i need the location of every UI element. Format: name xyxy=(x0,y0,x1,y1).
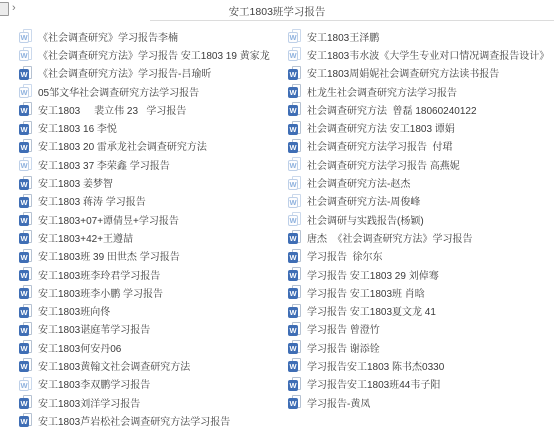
word-w-glyph: W xyxy=(288,361,298,372)
file-item[interactable]: W社会调查研究方法学习报告 付珺 xyxy=(288,137,549,155)
header-divider xyxy=(150,20,554,21)
file-item[interactable]: W安工1803王泽鹏 xyxy=(288,27,549,45)
word-w-glyph: W xyxy=(288,197,298,208)
word-doc-icon: W xyxy=(288,340,302,354)
page-title: 安工1803班学习报告 xyxy=(0,4,554,19)
file-item[interactable]: W《社会调查研究方法》学习报告 安工1803 19 黄家龙 xyxy=(19,45,270,63)
file-item[interactable]: W学习报告-黄凤 xyxy=(288,393,549,411)
word-w-glyph: W xyxy=(288,252,298,263)
file-name: 《社会调查研究》学习报告李楠 xyxy=(38,29,178,44)
word-w-glyph: W xyxy=(19,105,29,116)
file-list-window: { "header": { "title": "安工1803班学习报告", "b… xyxy=(0,0,554,432)
file-list-right: W安工1803王泽鹏W安工1803韦水波《大学生专业对口情况调查报告设计》W安工… xyxy=(288,27,549,411)
file-name: 安工1803芦岩松社会调查研究方法学习报告 xyxy=(38,413,230,428)
word-w-glyph: W xyxy=(288,325,298,336)
file-name: 安工1803 20 雷承龙社会调查研究方法 xyxy=(38,138,207,153)
file-name: 学习报告 曾澄竹 xyxy=(307,321,380,336)
file-item[interactable]: W安工1803班李小鹏 学习报告 xyxy=(19,283,270,301)
file-item[interactable]: W《社会调查研究》学习报告李楠 xyxy=(19,27,270,45)
word-doc-icon: W xyxy=(288,322,302,336)
word-w-glyph: W xyxy=(288,307,298,318)
word-w-glyph: W xyxy=(19,215,29,226)
word-w-glyph: W xyxy=(288,179,298,190)
word-doc-icon: W xyxy=(288,121,302,135)
word-w-glyph: W xyxy=(19,361,29,372)
word-doc-icon: W xyxy=(19,47,33,61)
word-doc-icon: W xyxy=(19,84,33,98)
word-doc-icon: W xyxy=(288,285,302,299)
word-doc-icon: W xyxy=(19,322,33,336)
word-doc-icon: W xyxy=(288,176,302,190)
file-name: 安工1803周娟妮社会调查研究方法读书报告 xyxy=(307,65,499,80)
word-doc-icon: W xyxy=(19,304,33,318)
word-w-glyph: W xyxy=(19,87,29,98)
word-doc-icon: W xyxy=(288,29,302,43)
file-item[interactable]: W唐杰 《社会调查研究方法》学习报告 xyxy=(288,228,549,246)
word-w-glyph: W xyxy=(288,233,298,244)
file-item[interactable]: W学习报告 徐尔东 xyxy=(288,247,549,265)
word-doc-icon: W xyxy=(19,358,33,372)
file-name: 《社会调查研究方法》学习报告 安工1803 19 黄家龙 xyxy=(38,47,270,62)
word-doc-icon: W xyxy=(288,230,302,244)
word-doc-icon: W xyxy=(19,395,33,409)
file-item[interactable]: W安工1803何安丹06 xyxy=(19,338,270,356)
file-name: 社会调查研究方法学习报告 付珺 xyxy=(307,138,453,153)
file-name: 安工1803班向佟 xyxy=(38,303,110,318)
word-w-glyph: W xyxy=(288,215,298,226)
word-w-glyph: W xyxy=(19,142,29,153)
file-name: 学习报告 徐尔东 xyxy=(307,248,383,263)
file-name: 05邹文华社会调查研究方法学习报告 xyxy=(38,84,199,99)
file-name: 安工1803班李玲君学习报告 xyxy=(38,267,160,282)
word-doc-icon: W xyxy=(19,176,33,190)
word-doc-icon: W xyxy=(288,139,302,153)
file-name: 社会调查研究方法 安工1803 谭娟 xyxy=(307,120,455,135)
file-name: 安工1803黄翰文社会调查研究方法 xyxy=(38,358,190,373)
word-doc-icon: W xyxy=(288,304,302,318)
word-w-glyph: W xyxy=(19,398,29,409)
file-name: 学习报告 谢添铨 xyxy=(307,340,380,355)
word-doc-icon: W xyxy=(288,47,302,61)
file-name: 社会调查研究方法-周俊峰 xyxy=(307,193,420,208)
file-item[interactable]: W学习报告安工1803 陈书杰0330 xyxy=(288,356,549,374)
word-doc-icon: W xyxy=(19,194,33,208)
word-w-glyph: W xyxy=(19,124,29,135)
word-doc-icon: W xyxy=(288,66,302,80)
file-name: 社会调查研究方法-赵杰 xyxy=(307,175,410,190)
file-item[interactable]: W社会调查研究方法学习报告 高燕妮 xyxy=(288,155,549,173)
word-doc-icon: W xyxy=(288,395,302,409)
file-item[interactable]: W安工1803 16 李悦 xyxy=(19,118,270,136)
file-item[interactable]: W学习报告 安工1803 29 刘倬骞 xyxy=(288,265,549,283)
file-item[interactable]: W安工1803李双鹏学习报告 xyxy=(19,375,270,393)
file-name: 安工1803 37 李荣鑫 学习报告 xyxy=(38,157,170,172)
word-w-glyph: W xyxy=(288,32,298,43)
file-item[interactable]: W安工1803+42+王遵喆 xyxy=(19,228,270,246)
word-w-glyph: W xyxy=(288,160,298,171)
file-name: 安工1803王泽鹏 xyxy=(307,29,379,44)
file-item[interactable]: W安工1803 20 雷承龙社会调查研究方法 xyxy=(19,137,270,155)
file-item[interactable]: W安工1803班李玲君学习报告 xyxy=(19,265,270,283)
file-item[interactable]: W安工1803班向佟 xyxy=(19,301,270,319)
file-name: 安工1803韦水波《大学生专业对口情况调查报告设计》 xyxy=(307,47,549,62)
file-item[interactable]: W学习报告 曾澄竹 xyxy=(288,320,549,338)
file-name: 学习报告安工1803班44韦子阳 xyxy=(307,376,440,391)
file-item[interactable]: W安工1803+07+谭倩昱+学习报告 xyxy=(19,210,270,228)
word-w-glyph: W xyxy=(288,142,298,153)
word-doc-icon: W xyxy=(19,121,33,135)
file-name: 安工1803 16 李悦 xyxy=(38,120,117,135)
file-name: 安工1803刘洋学习报告 xyxy=(38,395,140,410)
word-doc-icon: W xyxy=(19,29,33,43)
file-item[interactable]: W杜龙生社会调查研究方法学习报告 xyxy=(288,82,549,100)
word-w-glyph: W xyxy=(288,124,298,135)
word-doc-icon: W xyxy=(19,66,33,80)
file-item[interactable]: W安工1803韦水波《大学生专业对口情况调查报告设计》 xyxy=(288,45,549,63)
file-item[interactable]: W安工1803刘洋学习报告 xyxy=(19,393,270,411)
word-doc-icon: W xyxy=(288,212,302,226)
file-name: 学习报告 安工1803班 肖晗 xyxy=(307,285,425,300)
word-w-glyph: W xyxy=(288,398,298,409)
file-name: 安工1803李双鹏学习报告 xyxy=(38,376,150,391)
file-name: 安工1803班李小鹏 学习报告 xyxy=(38,285,163,300)
word-doc-icon: W xyxy=(19,377,33,391)
file-item[interactable]: W安工1803 37 李荣鑫 学习报告 xyxy=(19,155,270,173)
file-name: 安工1803 蒋涛 学习报告 xyxy=(38,193,146,208)
file-name: 安工1803+42+王遵喆 xyxy=(38,230,133,245)
word-w-glyph: W xyxy=(19,325,29,336)
file-item[interactable]: W社会调研与实践报告(杨颖) xyxy=(288,210,549,228)
word-doc-icon: W xyxy=(19,212,33,226)
word-w-glyph: W xyxy=(19,69,29,80)
file-name: 安工1803班 39 田世杰 学习报告 xyxy=(38,248,180,263)
file-name: 安工1803+07+谭倩昱+学习报告 xyxy=(38,212,179,227)
file-name: 安工1803 姜梦智 xyxy=(38,175,113,190)
file-name: 杜龙生社会调查研究方法学习报告 xyxy=(307,84,457,99)
word-doc-icon: W xyxy=(288,157,302,171)
word-doc-icon: W xyxy=(19,340,33,354)
file-item[interactable]: W安工1803黄翰文社会调查研究方法 xyxy=(19,356,270,374)
file-name: 学习报告-黄凤 xyxy=(307,395,370,410)
word-doc-icon: W xyxy=(288,102,302,116)
word-w-glyph: W xyxy=(19,343,29,354)
word-w-glyph: W xyxy=(19,179,29,190)
file-name: 学习报告 安工1803夏文龙 41 xyxy=(307,303,436,318)
file-item[interactable]: W社会调查研究方法 安工1803 谭娟 xyxy=(288,118,549,136)
word-w-glyph: W xyxy=(288,69,298,80)
file-list-left: W《社会调查研究》学习报告李楠W《社会调查研究方法》学习报告 安工1803 19… xyxy=(19,27,270,430)
word-w-glyph: W xyxy=(19,160,29,171)
file-name: 社会调查研究方法 曾磊 18060240122 xyxy=(307,102,477,117)
word-doc-icon: W xyxy=(19,139,33,153)
word-doc-icon: W xyxy=(288,249,302,263)
file-item[interactable]: W安工1803 姜梦智 xyxy=(19,173,270,191)
word-doc-icon: W xyxy=(288,358,302,372)
file-item[interactable]: W社会调查研究方法 曾磊 18060240122 xyxy=(288,100,549,118)
file-item[interactable]: W学习报告安工1803班44韦子阳 xyxy=(288,375,549,393)
word-w-glyph: W xyxy=(288,50,298,61)
word-doc-icon: W xyxy=(288,267,302,281)
file-name: 学习报告安工1803 陈书杰0330 xyxy=(307,358,444,373)
file-item[interactable]: W学习报告 安工1803班 肖晗 xyxy=(288,283,549,301)
file-item[interactable]: W安工1803谌庭苇学习报告 xyxy=(19,320,270,338)
file-item[interactable]: W安工1803 蒋涛 学习报告 xyxy=(19,192,270,210)
file-name: 安工1803何安丹06 xyxy=(38,340,121,355)
word-doc-icon: W xyxy=(19,285,33,299)
file-item[interactable]: W社会调查研究方法-周俊峰 xyxy=(288,192,549,210)
file-name: 安工1803谌庭苇学习报告 xyxy=(38,321,150,336)
word-w-glyph: W xyxy=(288,343,298,354)
file-item[interactable]: W学习报告 安工1803夏文龙 41 xyxy=(288,301,549,319)
word-w-glyph: W xyxy=(288,87,298,98)
file-item[interactable]: W安工1803班 39 田世杰 学习报告 xyxy=(19,247,270,265)
file-name: 社会调查研究方法学习报告 高燕妮 xyxy=(307,157,460,172)
word-w-glyph: W xyxy=(19,50,29,61)
file-item[interactable]: W安工1803芦岩松社会调查研究方法学习报告 xyxy=(19,411,270,429)
word-w-glyph: W xyxy=(288,380,298,391)
word-w-glyph: W xyxy=(19,307,29,318)
word-w-glyph: W xyxy=(288,105,298,116)
file-name: 安工1803 裴立伟 23 学习报告 xyxy=(38,102,186,117)
word-w-glyph: W xyxy=(19,288,29,299)
word-doc-icon: W xyxy=(19,413,33,427)
word-w-glyph: W xyxy=(19,270,29,281)
word-doc-icon: W xyxy=(288,84,302,98)
file-item[interactable]: W学习报告 谢添铨 xyxy=(288,338,549,356)
word-w-glyph: W xyxy=(19,252,29,263)
file-item[interactable]: W社会调查研究方法-赵杰 xyxy=(288,173,549,191)
word-doc-icon: W xyxy=(19,157,33,171)
word-doc-icon: W xyxy=(288,377,302,391)
word-doc-icon: W xyxy=(19,249,33,263)
word-w-glyph: W xyxy=(288,288,298,299)
file-item[interactable]: W安工1803周娟妮社会调查研究方法读书报告 xyxy=(288,64,549,82)
word-w-glyph: W xyxy=(19,197,29,208)
file-item[interactable]: W05邹文华社会调查研究方法学习报告 xyxy=(19,82,270,100)
word-doc-icon: W xyxy=(19,102,33,116)
word-doc-icon: W xyxy=(288,194,302,208)
file-item[interactable]: W《社会调查研究方法》学习报告-吕瑜昕 xyxy=(19,64,270,82)
word-doc-icon: W xyxy=(19,267,33,281)
file-name: 《社会调查研究方法》学习报告-吕瑜昕 xyxy=(38,65,211,80)
file-name: 唐杰 《社会调查研究方法》学习报告 xyxy=(307,230,473,245)
word-w-glyph: W xyxy=(19,416,29,427)
word-w-glyph: W xyxy=(19,233,29,244)
file-name: 社会调研与实践报告(杨颖) xyxy=(307,212,424,227)
word-w-glyph: W xyxy=(19,32,29,43)
file-name: 学习报告 安工1803 29 刘倬骞 xyxy=(307,267,439,282)
word-w-glyph: W xyxy=(19,380,29,391)
word-w-glyph: W xyxy=(288,270,298,281)
word-doc-icon: W xyxy=(19,230,33,244)
file-item[interactable]: W安工1803 裴立伟 23 学习报告 xyxy=(19,100,270,118)
